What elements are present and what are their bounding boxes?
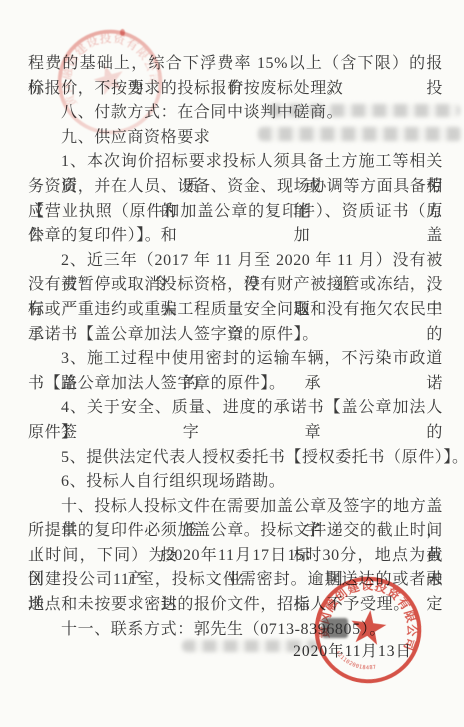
bleedthrough-smudge	[258, 127, 462, 141]
text-line: 3、施工过程中使用密封的运输车辆，不污染市政道路的承诺	[28, 347, 443, 372]
text-line: 标或严重违约或重大工程质量安全问题和没有拖欠农民工工资的	[28, 298, 443, 323]
text-line: 创建投公司111室，投标文件需密封。逾期送达的或者未送达指定	[28, 568, 443, 593]
text-line: 所提供的复印件必须加盖公章。投标文件递交的截止时间（投标截	[28, 519, 443, 544]
text-line: 没有被暂停或取消投标资格，没有财产被接管或冻结，没有骗取中	[28, 273, 443, 298]
text-line: 6、投标人自行组织现场踏勘。	[28, 470, 443, 495]
text-line: 地点和未按要求密封的报价文件，招标人不予受理。	[28, 593, 443, 618]
text-line: 1、本次询价招标要求投标人须具备土方施工等相关资质或劳	[28, 150, 443, 175]
text-line: 5、提供法定代表人授权委托书【授权委托书（原件）】。	[28, 446, 443, 471]
text-line: 止时间，下同）为2020年11月17日15时30分，地点为黄冈产业园融	[28, 544, 443, 569]
ink-speck	[120, 29, 125, 36]
bleedthrough-smudge	[268, 104, 460, 117]
text-line: 十、投标人投标文件在需要加盖公章及签字的地方盖章签字，	[28, 495, 443, 520]
text-line: 【营业执照（原件和加盖公章的复印件）、资质证书（原件和加盖	[28, 200, 443, 225]
date-line: 2020年11月13日	[293, 639, 412, 661]
scanned-document-page: 黄冈融创建设投资有限公司 程费的基础上，综合下浮费率 15%以上（含下限）的报价…	[0, 0, 464, 727]
text-line: 2、近三年（2017 年 11 月至 2020 年 11 月）没有被责令停业，	[28, 249, 443, 274]
text-line: 程费的基础上，综合下浮费率 15%以上（含下限）的报价为有效投	[28, 52, 443, 77]
text-line: 4、关于安全、质量、进度的承诺书【盖公章加法人签字章的	[28, 396, 443, 421]
ink-blotch	[322, 618, 348, 638]
text-line: 务资质，并在人员、设备、资金、现场协调等方面具备相应的能力	[28, 175, 443, 200]
